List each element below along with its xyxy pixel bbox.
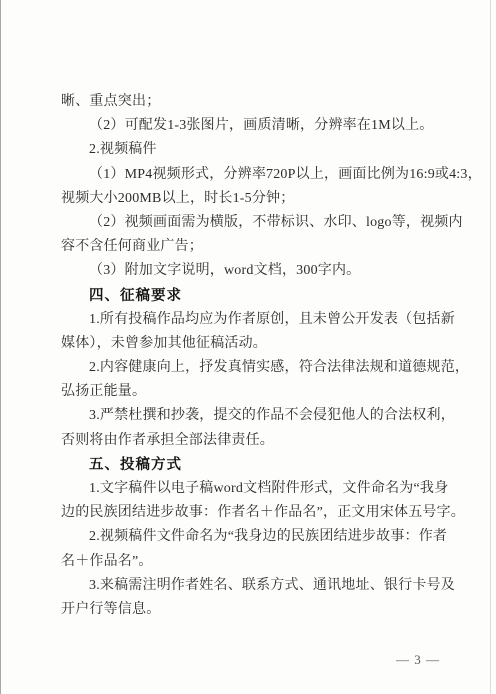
document-line: 2.视频稿件文件命名为“我身边的民族团结进步故事：作者 [61,525,459,549]
document-line: （1）MP4视频形式，分辨率720P以上，画面比例为16:9或4:3， [61,163,459,187]
document-line: 3.严禁杜撰和抄袭，提交的作品不会侵犯他人的合法权利， [61,404,459,428]
document-line: 媒体），未曾参加其他征稿活动。 [61,332,459,356]
document-line: 晰、重点突出； [61,90,459,114]
document-line: 开户行等信息。 [61,598,459,622]
document-body: 晰、重点突出；（2）可配发1-3张图片，画质清晰，分辨率在1M以上。2.视频稿件… [61,90,459,622]
document-line: 四、征稿要求 [61,284,459,308]
document-line: 3.来稿需注明作者姓名、联系方式、通讯地址、银行卡号及 [61,574,459,598]
document-line: 1.所有投稿作品均应为作者原创，且未曾公开发表（包括新 [61,308,459,332]
document-line: 1.文字稿件以电子稿word文档附件形式，文件命名为“我身 [61,477,459,501]
document-line: 2.视频稿件 [61,138,459,162]
document-line: 视频大小200MB以上，时长1-5分钟； [61,187,459,211]
document-line: 五、投稿方式 [61,453,459,477]
document-line: 2.内容健康向上，抒发真情实感，符合法律法规和道德规范， [61,356,459,380]
document-line: 名＋作品名”。 [61,550,459,574]
document-line: （2）可配发1-3张图片，画质清晰，分辨率在1M以上。 [61,114,459,138]
document-line: 容不含任何商业广告； [61,235,459,259]
document-line: （2）视频画面需为横版，不带标识、水印、logo等，视频内 [61,211,459,235]
document-line: 边的民族团结进步故事：作者名＋作品名”，正文用宋体五号字。 [61,501,459,525]
document-page: 晰、重点突出；（2）可配发1-3张图片，画质清晰，分辨率在1M以上。2.视频稿件… [0,0,496,694]
document-line: 弘扬正能量。 [61,380,459,404]
page-number: — 3 — [396,652,440,668]
document-line: （3）附加文字说明，word文档，300字内。 [61,259,459,283]
document-line: 否则将由作者承担全部法律责任。 [61,429,459,453]
